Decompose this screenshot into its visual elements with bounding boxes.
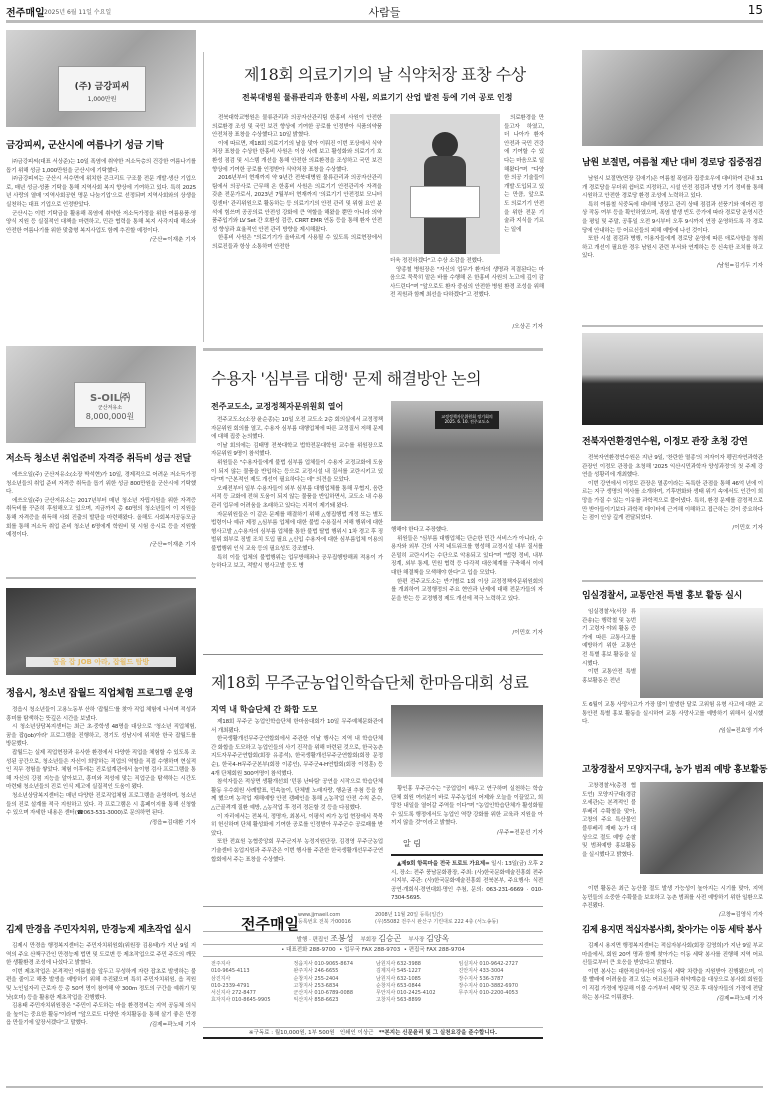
article-body: 전북자연환경연수원은 지난 9일, '찬란한 멸종'의 저자이자 펭귄자연과학관… — [582, 454, 763, 523]
article-body-col1: 제18회 무주군 농업인학습단체 한마음대회가 10일 무주예체문화관에서 개최… — [211, 718, 383, 864]
subhead: 지역 내 학습단체 간 화합 도모 — [211, 704, 318, 715]
article-photo — [582, 50, 763, 146]
section-title: 사람들 — [6, 4, 763, 20]
byline: /남원=김기두 기자 — [582, 261, 763, 269]
headline: 김제 용지면 적십자봉사회, 찾아가는 이동 세탁 봉사 — [582, 923, 763, 935]
article-photo — [640, 608, 763, 698]
masthead: 전주매일 2025년 6월 11일 수요일 사람들 15 — [6, 4, 763, 20]
article-photo — [582, 333, 763, 425]
article-soil: S-OIL㈜ 군산저유소 8,000,000원 저소득 청소년 취업준비 자격증… — [6, 346, 196, 548]
headline: 수용자 '심부름 대행' 문제 해결방안 논의 — [211, 366, 481, 389]
article-body-col2: 행해야 한다고 주장했다.위원들은 "심부름 대행업체는 단순한 민간 서비스가… — [391, 526, 543, 603]
article-body: 남원시 보절면(면장 김애기)은 여름철 폭염과 집중호우에 대비하여 관내 3… — [582, 175, 763, 261]
byline: /군산=이재춘 기자 — [6, 235, 196, 243]
article-body-col1: 전주교도소(소장 윤순종)는 10일 오전 교도소 2층 회의실에서 교정정책 … — [211, 416, 383, 571]
headline: 김제 만경읍 주민자치위, 만경능제 제초작업 실시 — [6, 922, 196, 935]
article-photo: S-OIL㈜ 군산저유소 8,000,000원 — [6, 346, 196, 443]
article-body-col2: 황인홍 무주군수는 "공업업이 배우고 연구하며 실천하는 학습단체 회원 여러… — [391, 785, 543, 828]
imprint: 전주매일 www.jjmaeil.com 등록번호 전북 가00016 2008… — [203, 906, 543, 1038]
byline: /무주=전문선 기자 — [497, 828, 543, 836]
headline: 임실경찰서, 교통안전 특별 홍보 활동 실시 — [582, 588, 763, 601]
article-photo — [640, 782, 763, 874]
article-body-side: 고창경찰서(총경 협도언) 모양지구대(경감 오세관)는 본격적인 블루베리 수… — [582, 782, 636, 859]
notice-body: ▲제9회 항목마을 전국 트로트 가요제= 일시: 13일(금) 오후 2시, … — [391, 860, 543, 903]
article-medical-device: 제18회 의료기기의 날 식약처장 표창 수상 전북대병원 물류관리과 한홍비 … — [203, 52, 543, 342]
article-body: ㈜금강피씨(대표 서상준)는 10일 폭염에 취약한 저소득층의 건강한 여름나… — [6, 158, 196, 235]
article-body: 김제시 용지면 행정복지센터는 적십자봉사회(회장 김영희)가 지난 9일 부교… — [582, 942, 763, 1002]
article-namwon: 남원 보절면, 여름철 재난 대비 경로당 집중점검 남원시 보절면(면장 김애… — [582, 50, 763, 269]
article-body: 도 6월이 교통 사망사고가 가장 많이 발생한 달로 고위험 유형 사고에 대… — [582, 701, 763, 735]
article-photo — [390, 114, 500, 254]
article-imsil-police: 임실경찰서, 교통안전 특별 홍보 활동 실시 임실경찰서(서장 류관송)는 행… — [582, 588, 763, 601]
byline: /이민호 기자 — [512, 628, 543, 636]
article-photo — [391, 705, 543, 777]
article-photo: 교정정책자문위원회 정기회의 2025. 6. 10. 전주교도소 — [391, 401, 543, 521]
headline: 금강피씨, 군산시에 여름나기 성금 기탁 — [6, 137, 196, 151]
branch-directory: 전주지사정읍지사 010-9065-8674남원지사 632-3988임실지사 … — [211, 961, 541, 1005]
byline: /정읍=김대환 기자 — [6, 818, 196, 826]
article-body: 정읍시 청소년들이 고용노동부 산하 '잡월드'를 찾아 직업 체험에 나서며 … — [6, 706, 196, 818]
notice-box: 알 림 ▲제9회 항목마을 전국 트로트 가요제= 일시: 13일(금) 오후 … — [391, 838, 543, 903]
notice-title: 알 림 — [391, 838, 543, 849]
article-photo: (주) 금강피씨 1,000만원 — [6, 30, 196, 127]
article-prison: 수용자 '심부름 대행' 문제 해결방안 논의 전주교도소, 교정정책자문위원회… — [203, 356, 543, 656]
headline: 정읍시, 청소년 잡월드 직업체험 프로그램 운영 — [6, 685, 196, 699]
article-gimje-mangyeong: 김제 만경읍 주민자치위, 만경능제 제초작업 실시 김제시 만경읍 행정복지센… — [6, 922, 196, 1028]
article-body: 이번 활동은 최근 농산물 절도 발생 가능성이 높아지는 시기를 맞아, 지역… — [582, 885, 763, 919]
page-number: 15 — [748, 3, 763, 17]
article-geumgang: (주) 금강피씨 1,000만원 금강피씨, 군산시에 여름나기 성금 기탁 ㈜… — [6, 30, 196, 243]
article-body-side: 의료환경을 만들고자 하였고, 더 나아가 환자 안전과 국민 건강에 기여할 … — [504, 114, 544, 254]
headline: 제18회 의료기기의 날 식약처장 표창 수상 — [244, 62, 526, 85]
article-jeongeup: 꿈을 잡 JOB 아라, 잡월드 탐방 정읍시, 청소년 잡월드 직업체험 프로… — [6, 588, 196, 826]
masthead-rule — [6, 20, 763, 23]
article-body-col1: 전북대학교병원은 물류관리과 의공자산관리팀 한홍비 사원이 안전한 의료환경 … — [212, 114, 382, 252]
headline: 전북자연환경연수원, 이정모 관장 초청 강연 — [582, 434, 763, 447]
article-lecture: 전북자연환경연수원, 이정모 관장 초청 강연 전북자연환경연수원은 지난 9일… — [582, 333, 763, 531]
headline: 제18회 무주군농업인학습단체 한마음대회 성료 — [211, 670, 528, 693]
byline: /오상곤 기자 — [512, 322, 543, 330]
article-body-side: 임실경찰서(서장 류관송)는 행락철 및 농번기 고령자 야외 활동 증가에 따… — [582, 608, 636, 685]
headline: 저소득 청소년 취업준비 자격증 취득비 성금 전달 — [6, 451, 196, 464]
article-body: 에쓰오일(주) 군산저유소(소장 박석현)가 10일, 경제적으로 어려운 저소… — [6, 471, 196, 540]
subhead: 전북대병원 물류관리과 한홍비 사원, 의료기기 산업 발전 등에 기여 공로 … — [242, 92, 512, 103]
headline: 고창경찰서 모양지구대, 농가 범죄 예방 홍보활동 — [582, 762, 763, 775]
article-photo: 꿈을 잡 JOB 아라, 잡월드 탐방 — [6, 588, 196, 675]
headline: 남원 보절면, 여름철 재난 대비 경로당 집중점검 — [582, 155, 763, 168]
byline: /군산=이재춘 기자 — [6, 540, 196, 548]
article-gochang-police: 고창경찰서 모양지구대, 농가 범죄 예방 홍보활동 고창경찰서(총경 협도언)… — [582, 762, 763, 775]
article-body: 김제시 만경읍 행정복지센터는 주민자치위원회(위원장 김용태)가 지난 9일 … — [6, 942, 196, 1028]
article-body-col2: 더욱 정진하겠다"고 수상 소감을 전했다.양종철 병원장은 "자신의 업무가 … — [390, 257, 544, 300]
article-gimje-yongji: 김제 용지면 적십자봉사회, 찾아가는 이동 세탁 봉사 김제시 용지면 행정복… — [582, 923, 763, 1002]
byline: /이민호 기자 — [582, 523, 763, 531]
subhead: 전주교도소, 교정정책자문위원회 열어 — [211, 401, 343, 412]
